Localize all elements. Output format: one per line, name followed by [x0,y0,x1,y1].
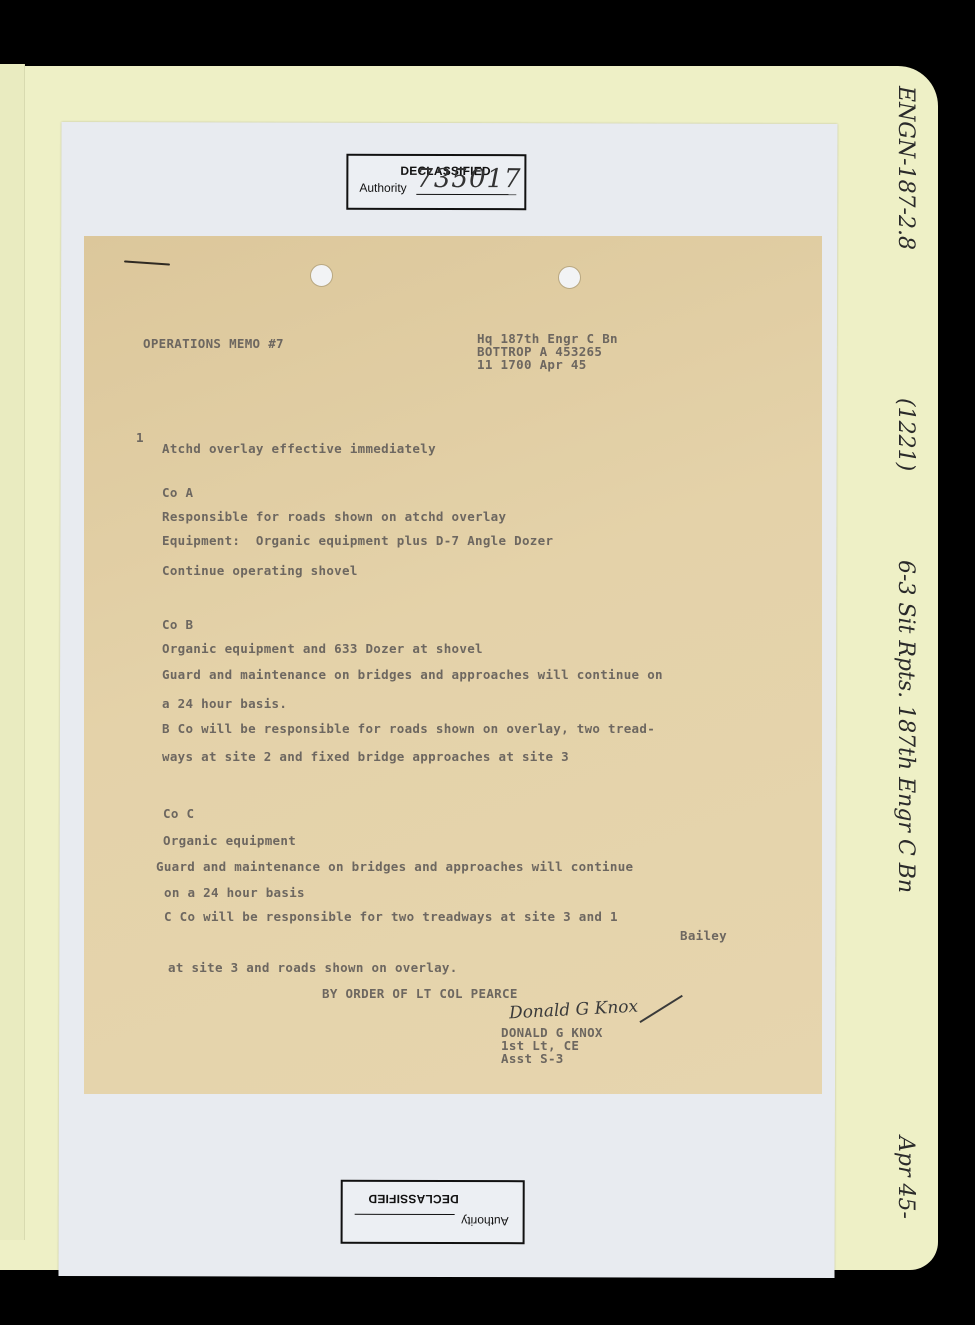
company-a-line: Responsible for roads shown on atchd ove… [162,509,506,524]
stamp-authority-label: Authority [359,181,406,195]
stamp-authority-value: 735017 [416,164,521,194]
memo-header-datetime: 11 1700 Apr 45 [477,357,587,372]
company-a-heading: Co A [162,485,193,500]
punch-hole-right [558,266,581,289]
folder-note-date: Apr 45- [893,1136,918,1219]
punch-hole-left [310,264,333,287]
memo-title: OPERATIONS MEMO #7 [143,336,284,351]
company-b-line: ways at site 2 and fixed bridge approach… [162,749,569,764]
stamp-title: DECLASSIFIED [368,1192,458,1206]
folder-note-file-code: ENGN-187-2.8 [893,86,918,250]
company-c-line: on a 24 hour basis [164,885,305,900]
company-a-line: Equipment: Organic equipment plus D-7 An… [162,533,553,548]
company-a-line: Continue operating shovel [162,563,358,578]
company-c-line: Organic equipment [163,833,296,848]
pencil-mark [124,260,170,265]
handwritten-signature: Donald G Knox [509,997,639,1024]
company-c-line: Guard and maintenance on bridges and app… [156,859,633,874]
company-b-heading: Co B [162,617,193,632]
paragraph-number: 1 [136,430,144,445]
signature-stroke [639,995,682,1023]
company-b-line: B Co will be responsible for roads shown… [162,721,655,736]
company-b-line: a 24 hour basis. [162,696,287,711]
company-c-heading: Co C [163,806,194,821]
memo-intro: Atchd overlay effective immediately [162,441,436,456]
declassified-stamp-top: DECLASSIFIED Authority 735017 [346,154,526,210]
stamp-authority-label: Authority [461,1214,508,1228]
stamp-authority-line [355,1214,455,1215]
declassified-stamp-bottom: DECLASSIFIED Authority [341,1180,525,1244]
company-c-line: at site 3 and roads shown on overlay. [168,960,458,975]
company-b-line: Guard and maintenance on bridges and app… [162,667,663,682]
company-c-line: Bailey [680,928,727,943]
operations-memo: OPERATIONS MEMO #7 Hq 187th Engr C Bn BO… [84,236,822,1094]
folder-note-unit: 6-3 Sit Rpts. 187th Engr C Bn [893,560,918,893]
authority-line: BY ORDER OF LT COL PEARCE [322,986,518,1001]
folder-note-number: (1221) [893,398,918,471]
folder-flap [0,64,25,1240]
company-b-line: Organic equipment and 633 Dozer at shove… [162,641,483,656]
company-c-line: C Co will be responsible for two treadwa… [164,909,618,924]
signature-title: Asst S-3 [501,1051,564,1066]
